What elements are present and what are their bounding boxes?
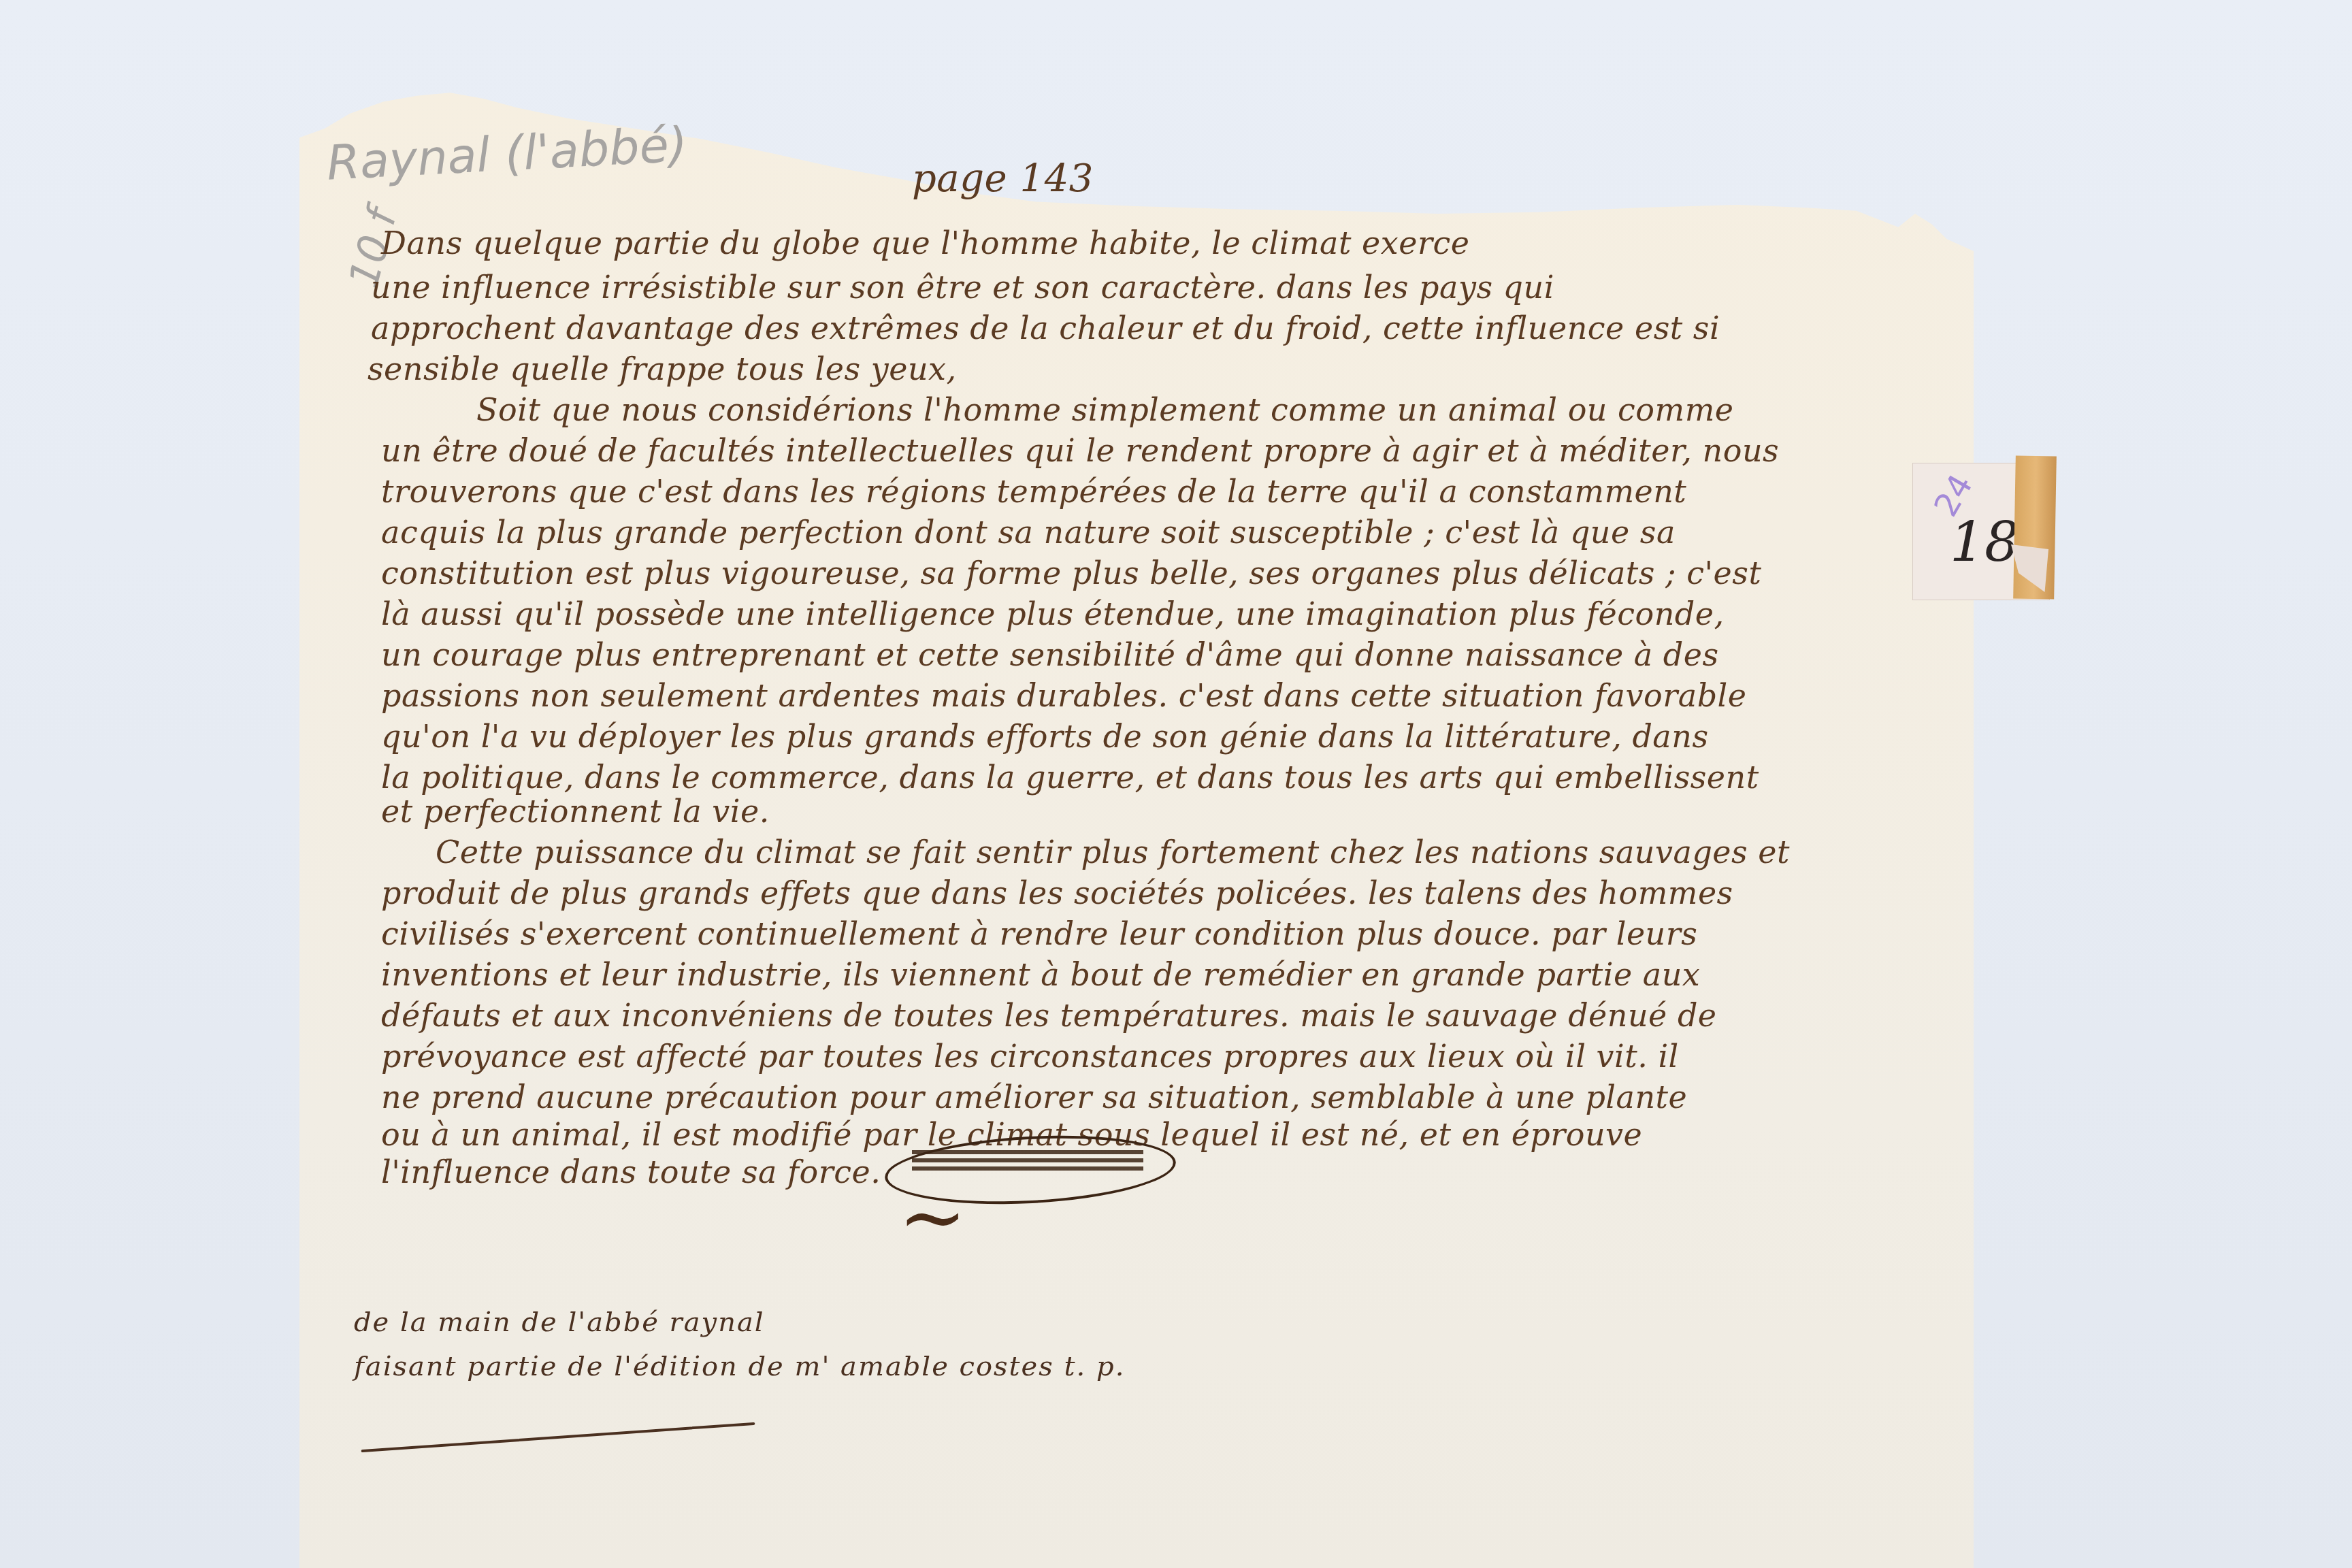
provenance-note-line-1: de la main de l'abbé raynal <box>354 1307 765 1338</box>
body-line: constitution est plus vigoureuse, sa for… <box>381 555 1761 591</box>
body-line: civilisés s'exercent continuellement à r… <box>381 915 1697 952</box>
ink-flourish: ~ <box>898 1171 967 1265</box>
body-line: Cette puissance du climat se fait sentir… <box>436 834 1790 870</box>
body-line: un être doué de facultés intellectuelles… <box>381 432 1779 469</box>
body-line: produit de plus grands effets que dans l… <box>381 875 1733 911</box>
page-heading: page 143 <box>912 157 1094 201</box>
provenance-note-line-2: faisant partie de l'édition de m' amable… <box>354 1351 1125 1382</box>
body-line: défauts et aux inconvéniens de toutes le… <box>381 997 1717 1034</box>
body-line: là aussi qu'il possède une intelligence … <box>381 595 1725 632</box>
body-line: la politique, dans le commerce, dans la … <box>381 759 1759 796</box>
body-line: Dans quelque partie du globe que l'homme… <box>381 225 1469 261</box>
body-line: Soit que nous considérions l'homme simpl… <box>476 391 1734 428</box>
body-line: passions non seulement ardentes mais dur… <box>381 677 1747 714</box>
body-line: approchent davantage des extrêmes de la … <box>371 310 1720 346</box>
body-line: ne prend aucune précaution pour améliore… <box>381 1079 1687 1115</box>
body-line: et perfectionnent la vie. <box>381 793 770 830</box>
body-line: un courage plus entreprenant et cette se… <box>381 636 1719 673</box>
label-catalog-number: 18 <box>1950 510 2019 574</box>
body-line: trouverons que c'est dans les régions te… <box>381 473 1686 510</box>
body-line: inventions et leur industrie, ils vienne… <box>381 956 1700 993</box>
body-line: une influence irrésistible sur son être … <box>371 269 1554 306</box>
body-line: sensible quelle frappe tous les yeux, <box>367 350 957 387</box>
body-line: acquis la plus grande perfection dont sa… <box>381 514 1676 551</box>
strike-through-scribble <box>912 1150 1143 1171</box>
body-line: prévoyance est affecté par toutes les ci… <box>381 1038 1679 1075</box>
body-line: qu'on l'a vu déployer les plus grands ef… <box>381 718 1709 755</box>
body-line: l'influence dans toute sa force. <box>381 1154 881 1190</box>
